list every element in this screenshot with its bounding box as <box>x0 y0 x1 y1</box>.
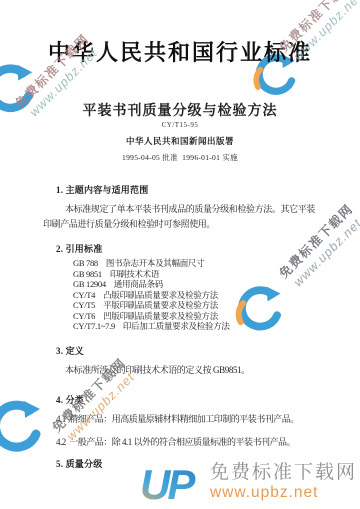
reference-item: CY/T7.1~7.9印后加工质量要求及检验方法 <box>73 321 230 332</box>
section-2-heading: 2. 引用标准 <box>56 242 102 255</box>
approval-implementation-dates: 1995-04-05 批准 1996-01-01 实施 <box>0 152 360 163</box>
section-1-heading: 1. 主题内容与适用范围 <box>56 183 148 196</box>
classification-item-4-1: 4.1 精细产品：用高质量原辅材料精细加工印制的平装书刊产品。 <box>56 412 299 425</box>
reference-code: CY/T4 <box>73 290 95 300</box>
reference-list: GB 788图书杂志开本及其幅面尺寸 GB 9851印刷技术术语 GB 1290… <box>73 258 230 332</box>
reference-code: GB 12904 <box>73 279 106 289</box>
reference-item: GB 9851印刷技术术语 <box>73 269 230 280</box>
reference-code: CY/T7.1~7.9 <box>73 321 115 331</box>
reference-code: GB 788 <box>73 258 98 268</box>
footer-site-name: 免费标准下载网 <box>210 463 357 484</box>
section-3-heading: 3. 定义 <box>56 344 84 357</box>
reference-title: 凸版印刷品质量要求及检验方法 <box>103 290 218 300</box>
logo-up-text: UP <box>140 461 196 505</box>
reference-item: CY/T4凸版印刷品质量要求及检验方法 <box>73 290 230 301</box>
reference-title: 通用商品条码 <box>114 279 163 289</box>
document-page: 中华人民共和国行业标准 平装书刊质量分级与检验方法 CY/T15-95 中华人民… <box>0 0 360 509</box>
reference-title: 平版印刷品质量要求及检验方法 <box>103 300 218 310</box>
standard-number: CY/T15-95 <box>0 121 360 129</box>
section-4-heading: 4. 分类 <box>56 393 84 406</box>
section-1-paragraph: 本标准规定了单本平装书刊成品的质量分级和检验方法。其它平装印刷产品进行质量分级和… <box>43 202 315 232</box>
reference-title: 印刷技术术语 <box>110 269 159 279</box>
document-content: 中华人民共和国行业标准 平装书刊质量分级与检验方法 CY/T15-95 中华人民… <box>0 0 360 509</box>
reference-title: 凹版印刷品质量要求及检验方法 <box>103 311 218 321</box>
reference-item: GB 12904通用商品条码 <box>73 279 230 290</box>
section-3-paragraph: 本标准所涉及的印刷技术术语的定义按 GB9851。 <box>43 363 315 378</box>
footer-site-logo: UP 免费标准下载网 www.upbz.net <box>140 459 357 505</box>
section-5-heading: 5. 质量分级 <box>56 457 102 470</box>
footer-logo-text: 免费标准下载网 www.upbz.net <box>210 463 357 501</box>
reference-item: GB 788图书杂志开本及其幅面尺寸 <box>73 258 230 269</box>
footer-site-url: www.upbz.net <box>210 484 357 501</box>
document-title: 平装书刊质量分级与检验方法 <box>0 100 360 120</box>
up-logo-wordmark: UP <box>140 459 206 505</box>
reference-code: CY/T5 <box>73 300 95 310</box>
reference-title: 印后加工质量要求及检验方法 <box>123 321 230 331</box>
reference-item: CY/T5平版印刷品质量要求及检验方法 <box>73 300 230 311</box>
issuing-agency: 中华人民共和国新闻出版署 <box>0 135 360 147</box>
reference-title: 图书杂志开本及其幅面尺寸 <box>106 258 204 268</box>
reference-item: CY/T6凹版印刷品质量要求及检验方法 <box>73 311 230 322</box>
standard-class-title: 中华人民共和国行业标准 <box>0 36 360 67</box>
reference-code: CY/T6 <box>73 311 95 321</box>
classification-item-4-2: 4.2 一般产品：除 4.1 以外的符合相应质量标准的平装书刊产品。 <box>56 435 295 448</box>
reference-code: GB 9851 <box>73 269 102 279</box>
